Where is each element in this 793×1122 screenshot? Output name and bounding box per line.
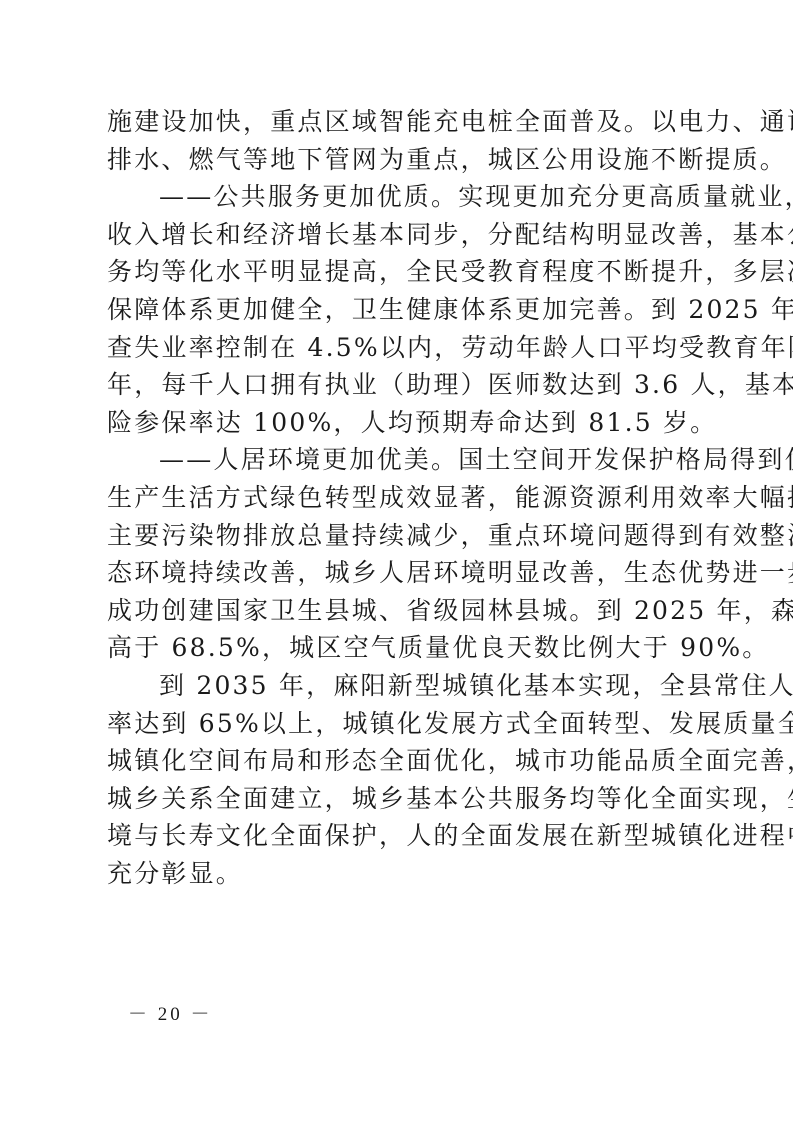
text-line: ——人居环境更加优美。国土空间开发保护格局得到优化，: [107, 441, 697, 479]
paragraph-infrastructure-continuation: 施建设加快，重点区域智能充电桩全面普及。以电力、通讯、给 排水、燃气等地下管网为…: [107, 103, 697, 178]
text-line: ——公共服务更加优质。实现更加充分更高质量就业，居民: [107, 178, 697, 216]
text-line: 查失业率控制在 4.5%以内，劳动年龄人口平均受教育年限达到 12: [107, 329, 697, 367]
text-line: 排水、燃气等地下管网为重点，城区公用设施不断提质。: [107, 141, 697, 179]
document-body: 施建设加快，重点区域智能充电桩全面普及。以电力、通讯、给 排水、燃气等地下管网为…: [107, 103, 697, 892]
text-line: 生产生活方式绿色转型成效显著，能源资源利用效率大幅提高，: [107, 479, 697, 517]
text-line: 收入增长和经济增长基本同步，分配结构明显改善，基本公共服: [107, 216, 697, 254]
paragraph-public-services: ——公共服务更加优质。实现更加充分更高质量就业，居民 收入增长和经济增长基本同步…: [107, 178, 697, 441]
text-line: 主要污染物排放总量持续减少，重点环境问题得到有效整治，生: [107, 517, 697, 555]
text-line: 率达到 65%以上，城镇化发展方式全面转型、发展质量全面提升，: [107, 705, 697, 743]
text-line: 高于 68.5%，城区空气质量优良天数比例大于 90%。: [107, 629, 697, 667]
text-line: 到 2035 年，麻阳新型城镇化基本实现，全县常住人口城镇化: [107, 667, 697, 705]
text-line: 城镇化空间布局和形态全面优化，城市功能品质全面完善，新型: [107, 742, 697, 780]
page-number: － 20 －: [128, 999, 213, 1026]
text-line: 充分彰显。: [107, 855, 697, 893]
text-line: 保障体系更加健全，卫生健康体系更加完善。到 2025 年，城镇调: [107, 291, 697, 329]
text-line: 态环境持续改善，城乡人居环境明显改善，生态优势进一步巩固，: [107, 554, 697, 592]
text-line: 成功创建国家卫生县城、省级园林县城。到 2025 年，森林覆盖率: [107, 592, 697, 630]
text-line: 施建设加快，重点区域智能充电桩全面普及。以电力、通讯、给: [107, 103, 697, 141]
text-line: 务均等化水平明显提高，全民受教育程度不断提升，多层次社会: [107, 253, 697, 291]
text-line: 险参保率达 100%，人均预期寿命达到 81.5 岁。: [107, 404, 697, 442]
paragraph-2035-goals: 到 2035 年，麻阳新型城镇化基本实现，全县常住人口城镇化 率达到 65%以上…: [107, 667, 697, 893]
text-line: 境与长寿文化全面保护，人的全面发展在新型城镇化进程中得到: [107, 817, 697, 855]
paragraph-living-environment: ——人居环境更加优美。国土空间开发保护格局得到优化， 生产生活方式绿色转型成效显…: [107, 441, 697, 667]
text-line: 城乡关系全面建立，城乡基本公共服务均等化全面实现，生态环: [107, 780, 697, 818]
text-line: 年，每千人口拥有执业（助理）医师数达到 3.6 人，基本养老保: [107, 366, 697, 404]
